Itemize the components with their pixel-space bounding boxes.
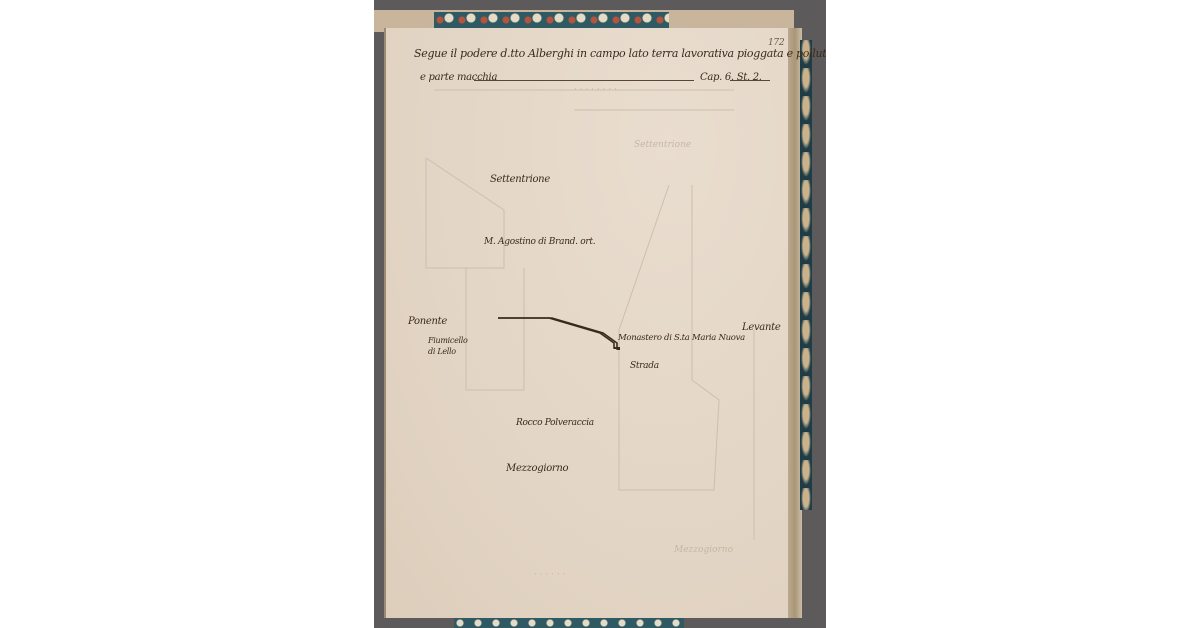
parcel-plan xyxy=(374,0,826,628)
manuscript-scan: · · · · · · · · Settentrione Mezzogiorno… xyxy=(374,0,826,628)
